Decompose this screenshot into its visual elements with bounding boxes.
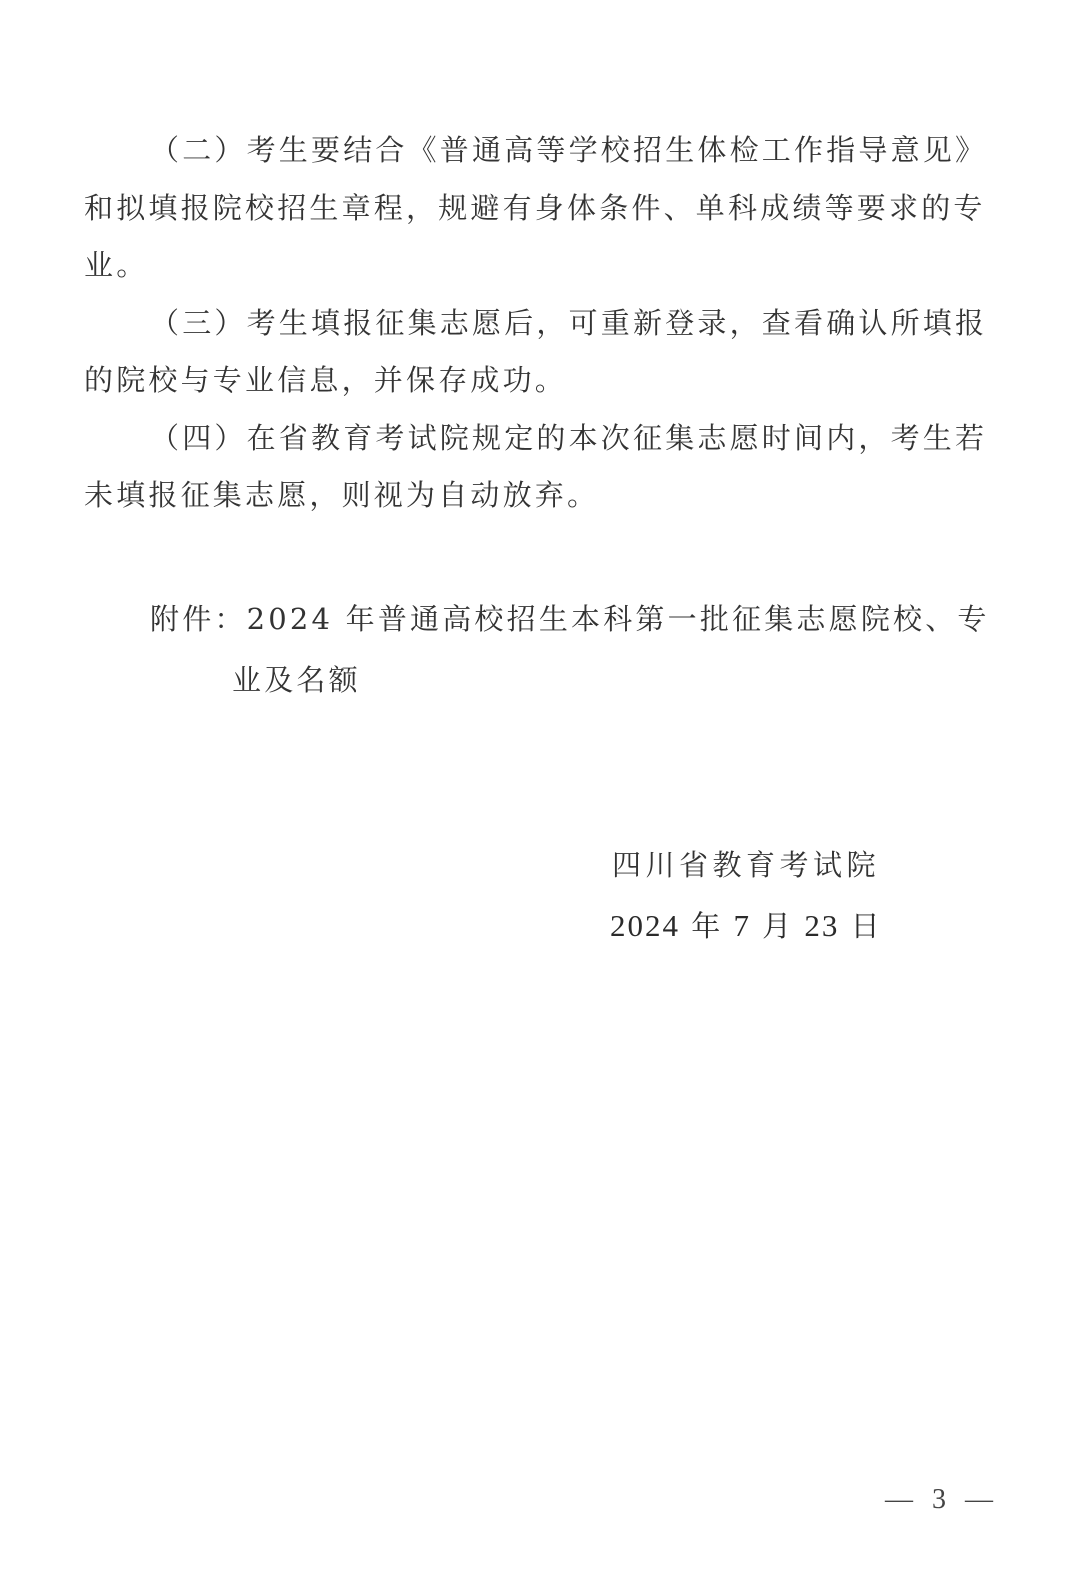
paragraph-2-line-1: （二）考生要结合《普通高等学校招生体检工作指导意见》 <box>150 130 987 170</box>
date-day: 23 <box>804 908 839 943</box>
paragraph-4-line-1: （四）在省教育考试院规定的本次征集志愿时间内，考生若 <box>150 418 987 458</box>
signature-date: 2024 年 7 月 23 日 <box>610 906 882 946</box>
attachment-line-1: 附件：2024 年普通高校招生本科第一批征集志愿院校、专 <box>150 599 990 639</box>
paragraph-3-line-2: 的院校与专业信息，并保存成功。 <box>84 360 567 400</box>
date-year-unit: 年 <box>691 909 722 943</box>
date-day-unit: 日 <box>851 909 882 943</box>
document-page: （二）考生要结合《普通高等学校招生体检工作指导意见》 和拟填报院校招生章程，规避… <box>0 0 1080 1587</box>
paragraph-4-line-2: 未填报征集志愿，则视为自动放弃。 <box>84 475 599 515</box>
paragraph-2-line-2: 和拟填报院校招生章程，规避有身体条件、单科成绩等要求的专 <box>84 188 986 228</box>
date-year: 2024 <box>610 908 680 943</box>
date-month: 7 <box>733 908 751 943</box>
page-number: — 3 — <box>885 1480 999 1520</box>
paragraph-3-line-1: （三）考生填报征集志愿后，可重新登录，查看确认所填报 <box>150 303 987 343</box>
signature-organization: 四川省教育考试院 <box>612 845 880 885</box>
paragraph-2-line-3: 业。 <box>84 245 148 285</box>
attachment-line-2: 业及名额 <box>232 660 361 700</box>
date-month-unit: 月 <box>762 909 793 943</box>
